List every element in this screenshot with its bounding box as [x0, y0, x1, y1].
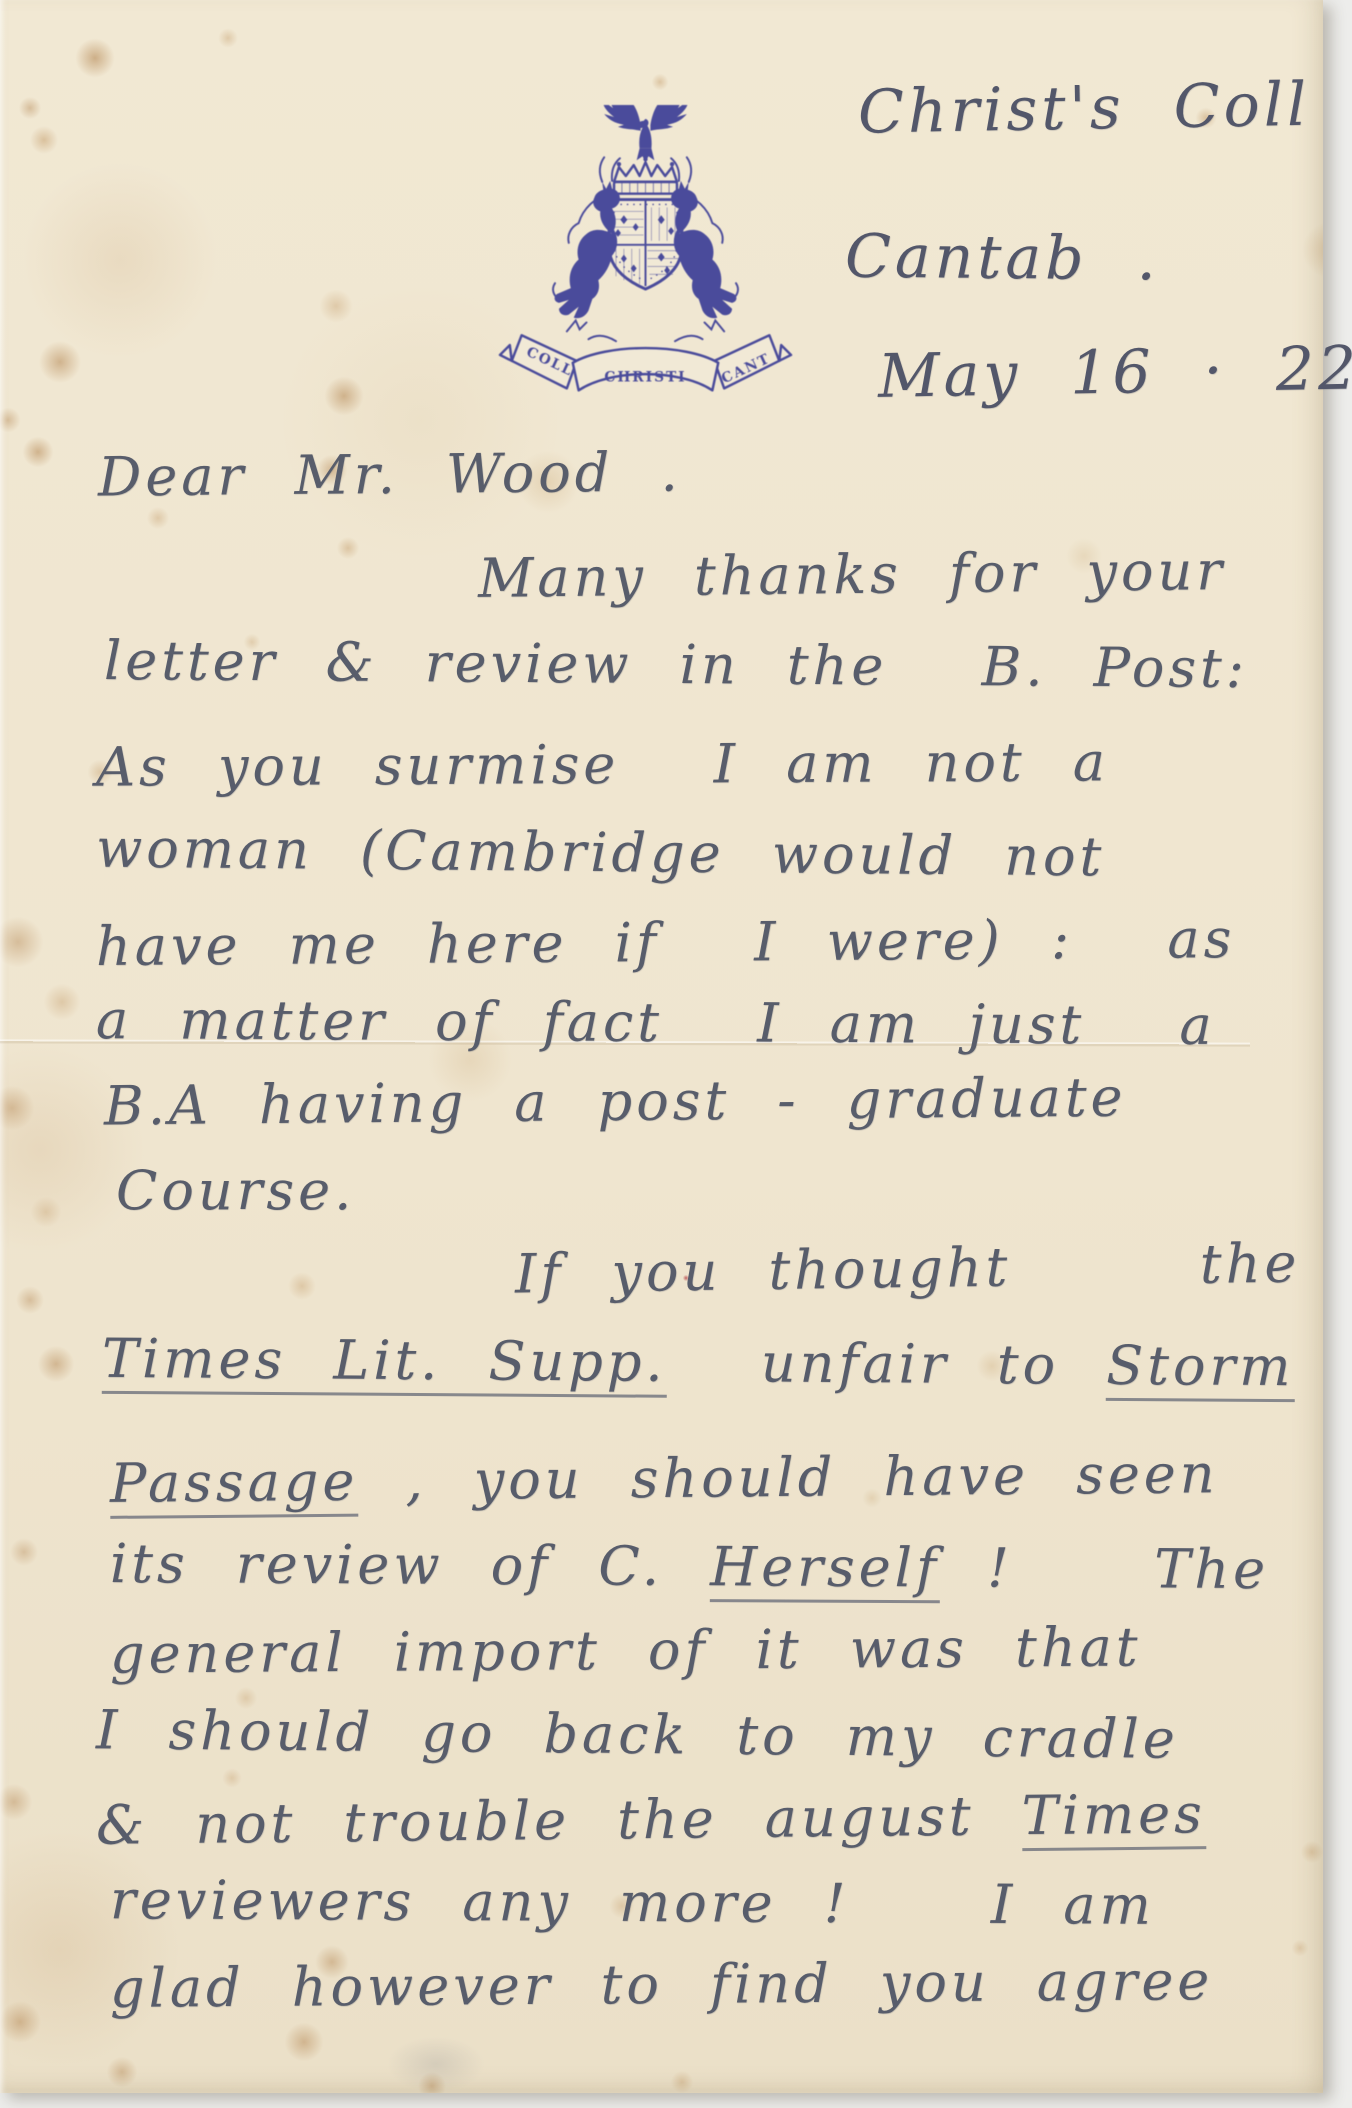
- letter-text: letter & review in the B. Post:: [104, 629, 1248, 700]
- header-place: Cantab .: [845, 227, 1160, 290]
- crest-crown: [614, 157, 677, 194]
- letter-line: Times Lit. Supp. unfair to Storm: [102, 1332, 1295, 1394]
- letter-line: Course.: [116, 1164, 355, 1218]
- letter-line: B.A having a post - graduate: [104, 1071, 1127, 1134]
- letter-text: have me here if I were) : as: [96, 907, 1236, 978]
- letter-line: woman (Cambridge would not: [96, 822, 1106, 885]
- letter-line: general import of it was that: [110, 1620, 1142, 1681]
- letter-text: reviewers any more ! I am: [110, 1868, 1155, 1936]
- header-date: May 16 · 22 ·: [878, 337, 1352, 407]
- underlined-text: Passage: [110, 1450, 359, 1519]
- letter-text: unfair to: [666, 1331, 1106, 1397]
- letter-text: I should go back to my cradle: [96, 1698, 1179, 1770]
- crest-banner: COLL CHRISTI CANT: [500, 321, 791, 391]
- header-college: Christ's Coll :: [858, 73, 1352, 142]
- letter-line: its review of C. Herself ! The: [110, 1537, 1269, 1597]
- letter-line: Many thanks for your: [478, 544, 1227, 606]
- letter-line: As you surmise I am not a: [96, 735, 1109, 794]
- letter-text: a matter of fact I am just a: [96, 988, 1216, 1057]
- letter-line: glad however to find you agree: [110, 1954, 1214, 2016]
- letter-line: If you thought the: [515, 1237, 1301, 1302]
- letter-text: If you thought the: [515, 1232, 1301, 1306]
- letter-text: ! The: [940, 1536, 1269, 1601]
- letter-text: , you should have seen: [358, 1442, 1219, 1513]
- letter-line: letter & review in the B. Post:: [104, 634, 1248, 696]
- underlined-text: Times Lit. Supp.: [102, 1327, 667, 1398]
- letter-line: & not trouble the august Times: [96, 1787, 1206, 1853]
- letter-text: woman (Cambridge would not: [96, 817, 1106, 889]
- underlined-text: Storm: [1106, 1334, 1295, 1402]
- letter-text: its review of C.: [110, 1532, 710, 1598]
- underlined-text: Times: [1021, 1782, 1206, 1851]
- letter-text: Course.: [116, 1159, 355, 1222]
- scanned-letter-page: { "crest": { "motto": ["COLL", "CHRISTI"…: [0, 0, 1352, 2108]
- letter-line: reviewers any more ! I am: [110, 1873, 1155, 1932]
- letter-text: & not trouble the august: [96, 1784, 1022, 1857]
- letter-text: glad however to find you agree: [110, 1949, 1214, 2020]
- underlined-text: Herself: [710, 1535, 940, 1603]
- letter-line: I should go back to my cradle: [96, 1703, 1179, 1766]
- letter-text: As you surmise I am not a: [96, 730, 1109, 798]
- letter-text: B.A having a post - graduate: [104, 1066, 1127, 1138]
- college-crest: COLL CHRISTI CANT: [498, 105, 793, 420]
- letter-line: Passage , you should have seen: [110, 1447, 1219, 1511]
- letter-line: a matter of fact I am just a: [96, 993, 1216, 1053]
- letter-text: Many thanks for your: [478, 539, 1227, 610]
- letter-text: general import of it was that: [110, 1615, 1142, 1685]
- crest-motto-christi: CHRISTI: [604, 369, 686, 385]
- crest-shield: [609, 200, 682, 289]
- letter-line: have me here if I were) : as: [96, 912, 1236, 974]
- crest-eagle: [602, 105, 689, 162]
- salutation: Dear Mr. Wood .: [98, 445, 682, 504]
